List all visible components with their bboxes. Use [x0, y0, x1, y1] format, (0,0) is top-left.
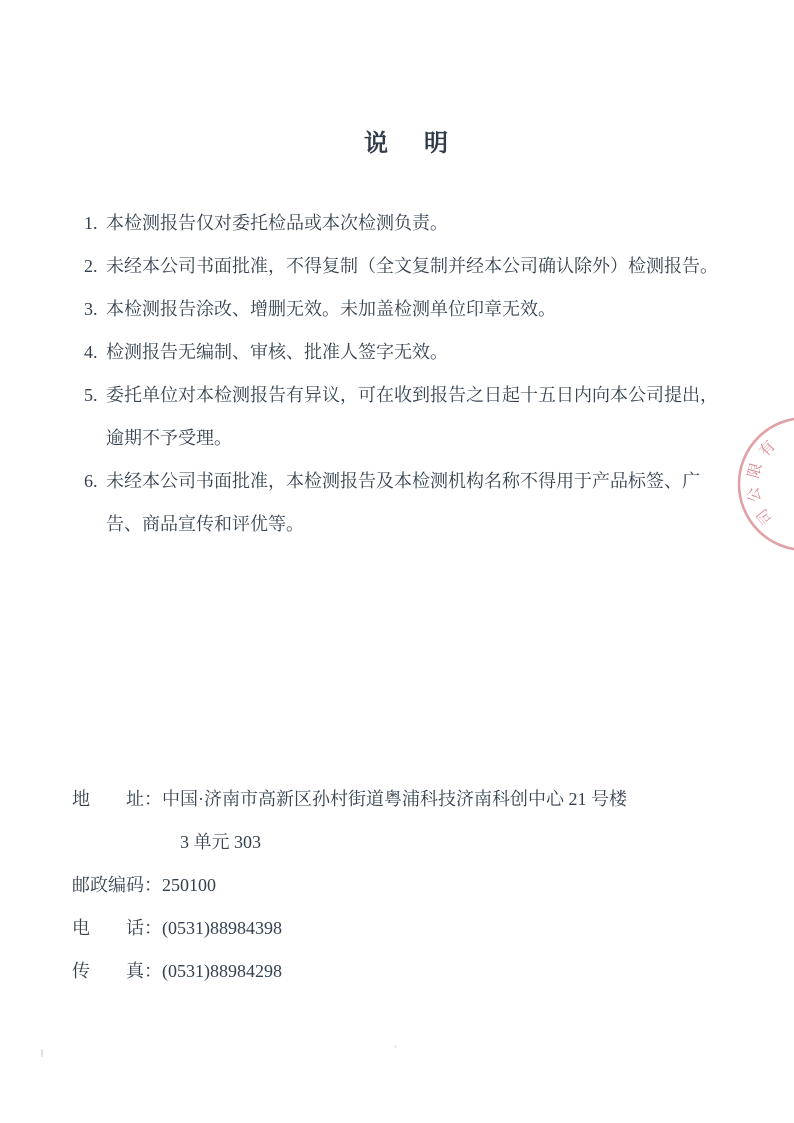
note-text: 本检测报告涂改、增删无效。未加盖检测单位印章无效。	[106, 288, 746, 331]
note-number: 2.	[84, 245, 106, 288]
note-number: 4.	[84, 331, 106, 374]
phone-label: 电 话：	[72, 907, 162, 950]
page-title: 说 明	[12, 123, 794, 158]
note-number: 1.	[84, 202, 106, 245]
note-item: 1. 本检测报告仅对委托检品或本次检测负责。	[84, 202, 746, 245]
seal-ring	[739, 418, 794, 550]
phone-value: (0531)88984398	[162, 907, 282, 950]
scan-speck	[394, 1045, 397, 1048]
note-text: 未经本公司书面批准，本检测报告及本检测机构名称不得用于产品标签、广 告、商品宣传…	[106, 460, 746, 546]
note-number: 3.	[84, 288, 106, 331]
note-item: 5. 委托单位对本检测报告有异议，可在收到报告之日起十五日内向本公司提出， 逾期…	[84, 374, 746, 460]
address-label: 地 址：	[72, 778, 162, 821]
note-text: 检测报告无编制、审核、批准人签字无效。	[106, 331, 746, 374]
notes-list: 1. 本检测报告仅对委托检品或本次检测负责。 2. 未经本公司书面批准，不得复制…	[84, 202, 746, 546]
seal-graphic: 有 限 公 司	[730, 412, 794, 562]
note-item: 6. 未经本公司书面批准，本检测报告及本检测机构名称不得用于产品标签、广 告、商…	[84, 460, 746, 546]
note-text: 未经本公司书面批准，不得复制（全文复制并经本公司确认除外）检测报告。	[106, 245, 746, 288]
fax-line: 传 真： (0531)88984298	[72, 950, 627, 993]
note-item: 4. 检测报告无编制、审核、批准人签字无效。	[84, 331, 746, 374]
scan-speck	[41, 1049, 43, 1057]
note-text: 本检测报告仅对委托检品或本次检测负责。	[106, 202, 746, 245]
note-number: 6.	[84, 460, 106, 546]
fax-value: (0531)88984298	[162, 950, 282, 993]
note-text: 委托单位对本检测报告有异议，可在收到报告之日起十五日内向本公司提出， 逾期不予受…	[106, 374, 746, 460]
address-value: 中国·济南市高新区孙村街道粤浦科技济南科创中心 21 号楼 3 单元 303	[162, 778, 627, 864]
fax-label: 传 真：	[72, 950, 162, 993]
note-number: 5.	[84, 374, 106, 460]
contact-block: 地 址： 中国·济南市高新区孙村街道粤浦科技济南科创中心 21 号楼 3 单元 …	[72, 778, 627, 993]
seal-char: 公	[746, 486, 765, 504]
seal-char: 有	[756, 438, 779, 461]
note-item: 2. 未经本公司书面批准，不得复制（全文复制并经本公司确认除外）检测报告。	[84, 245, 746, 288]
note-item: 3. 本检测报告涂改、增删无效。未加盖检测单位印章无效。	[84, 288, 746, 331]
seal-char: 限	[745, 461, 765, 480]
scanned-report-notes-page: 说 明 1. 本检测报告仅对委托检品或本次检测负责。 2. 未经本公司书面批准，…	[0, 0, 794, 1123]
red-company-seal-stamp: 有 限 公 司	[730, 412, 794, 562]
phone-line: 电 话： (0531)88984398	[72, 907, 627, 950]
postcode-value: 250100	[162, 864, 216, 907]
address-line: 地 址： 中国·济南市高新区孙村街道粤浦科技济南科创中心 21 号楼 3 单元 …	[72, 778, 627, 864]
postcode-label: 邮政编码：	[72, 864, 162, 907]
postcode-line: 邮政编码： 250100	[72, 864, 627, 907]
seal-char: 司	[754, 505, 777, 527]
